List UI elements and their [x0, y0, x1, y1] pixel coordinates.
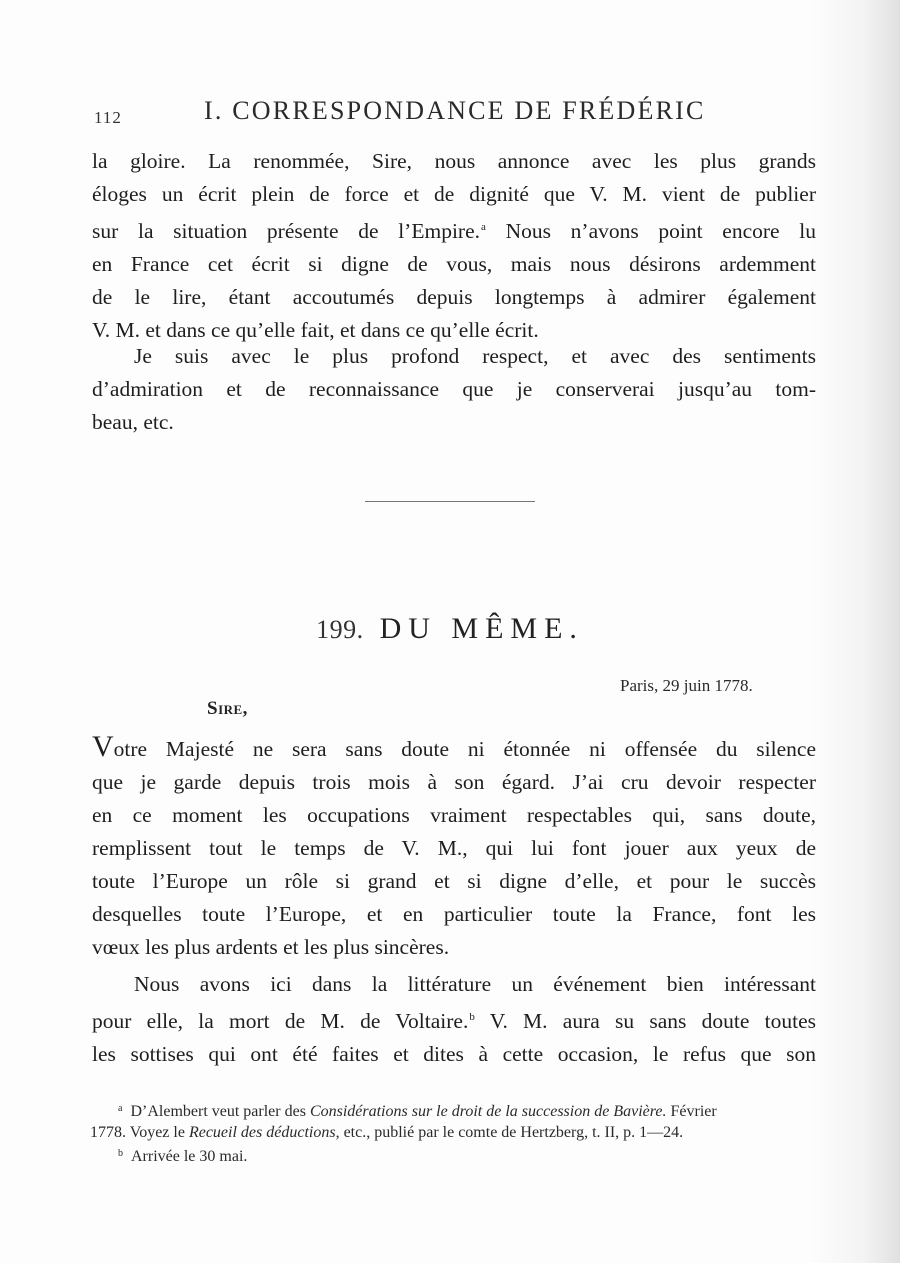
text-line: Nous avons ici dans la littérature un év… [92, 968, 816, 1001]
text-line: que je garde depuis trois mois à son éga… [92, 766, 816, 799]
letter-heading: 199. DU MÊME. [0, 612, 900, 646]
footnote-b: bArrivée le 30 mai. [104, 1143, 717, 1167]
text-line: Votre Majesté ne sera sans doute ni éton… [92, 733, 816, 766]
text-line: beau, etc. [92, 406, 816, 439]
footnote-mark: b [118, 1148, 123, 1159]
text-line: remplissent tout le temps de V. M., qui … [92, 832, 816, 865]
footnotes: aD’Alembert veut parler des Considératio… [104, 1098, 717, 1167]
text-line: en France cet écrit si digne de vous, ma… [92, 248, 816, 281]
text-line: Je suis avec le plus profond respect, et… [92, 340, 816, 373]
text-line: en ce moment les occupations vraiment re… [92, 799, 816, 832]
text-line: desquelles toute l’Europe, et en particu… [92, 898, 816, 931]
continuation-paragraph: la gloire. La renommée, Sire, nous annon… [92, 145, 816, 347]
text-line: la gloire. La renommée, Sire, nous annon… [92, 145, 816, 178]
closing-paragraph: Je suis avec le plus profond respect, et… [92, 340, 816, 439]
letter-date: Paris, 29 juin 1778. [620, 676, 753, 696]
running-head: 112 I. CORRESPONDANCE DE FRÉDÉRIC [94, 96, 814, 130]
text-line: pour elle, la mort de M. de Voltaire.b V… [92, 1001, 816, 1038]
footnote-a: aD’Alembert veut parler des Considératio… [104, 1098, 717, 1122]
page-number: 112 [94, 108, 122, 128]
footnote-mark: a [118, 1103, 122, 1114]
text-line: vœux les plus ardents et les plus sincèr… [92, 931, 816, 964]
letter-paragraph-1: Votre Majesté ne sera sans doute ni éton… [92, 733, 816, 964]
text-line: les sottises qui ont été faites et dites… [92, 1038, 816, 1071]
letter-paragraph-2: Nous avons ici dans la littérature un év… [92, 968, 816, 1071]
text-line: éloges un écrit plein de force et de dig… [92, 178, 816, 211]
text-line: de le lire, étant accoutumés depuis long… [92, 281, 816, 314]
letter-number: 199. [316, 615, 364, 644]
section-separator-rule [365, 501, 535, 502]
text-line: sur la situation présente de l’Empire.a … [92, 211, 816, 248]
letter-title: DU MÊME. [380, 612, 584, 645]
running-title: I. CORRESPONDANCE DE FRÉDÉRIC [204, 96, 706, 126]
text-line: d’admiration et de reconnaissance que je… [92, 373, 816, 406]
text-line: toute l’Europe un rôle si grand et si di… [92, 865, 816, 898]
footnote-a-continuation: 1778. Voyez le Recueil des déductions, e… [90, 1122, 717, 1143]
salutation: Sire, [207, 698, 248, 720]
drop-initial: V [92, 730, 114, 763]
